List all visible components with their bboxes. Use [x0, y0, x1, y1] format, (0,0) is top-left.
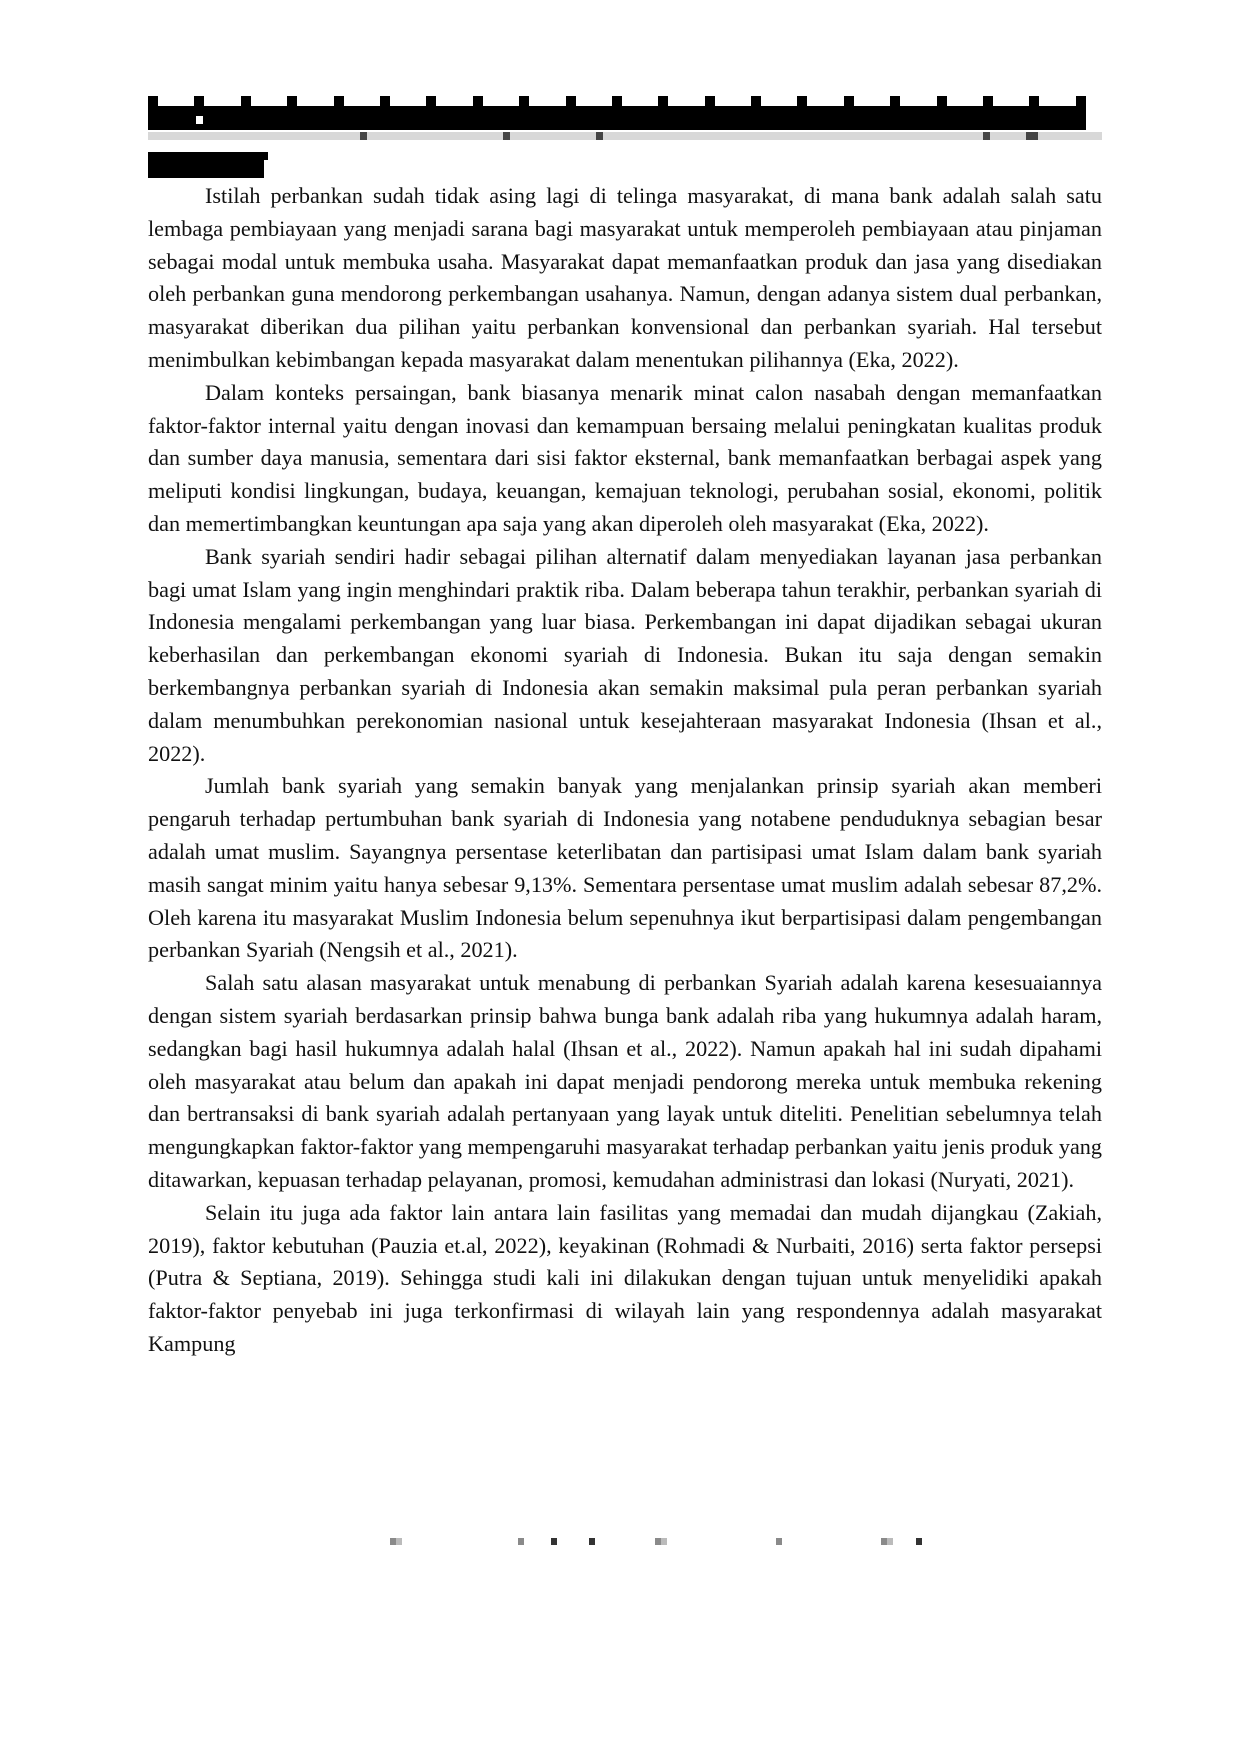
body-text: Istilah perbankan sudah tidak asing lagi…	[148, 180, 1102, 1361]
scan-artifacts	[148, 1538, 1102, 1548]
paragraph: Selain itu juga ada faktor lain antara l…	[148, 1197, 1102, 1361]
redacted-section-heading	[148, 152, 264, 178]
header-rule	[148, 132, 1102, 140]
redaction-bar	[148, 106, 1086, 130]
redaction-notch	[196, 116, 203, 124]
paragraph: Istilah perbankan sudah tidak asing lagi…	[148, 180, 1102, 377]
paragraph: Dalam konteks persaingan, bank biasanya …	[148, 377, 1102, 541]
paragraph: Jumlah bank syariah yang semakin banyak …	[148, 770, 1102, 967]
paragraph: Salah satu alasan masyarakat untuk menab…	[148, 967, 1102, 1197]
paragraph: Bank syariah sendiri hadir sebagai pilih…	[148, 541, 1102, 771]
redacted-running-header	[148, 96, 1102, 136]
